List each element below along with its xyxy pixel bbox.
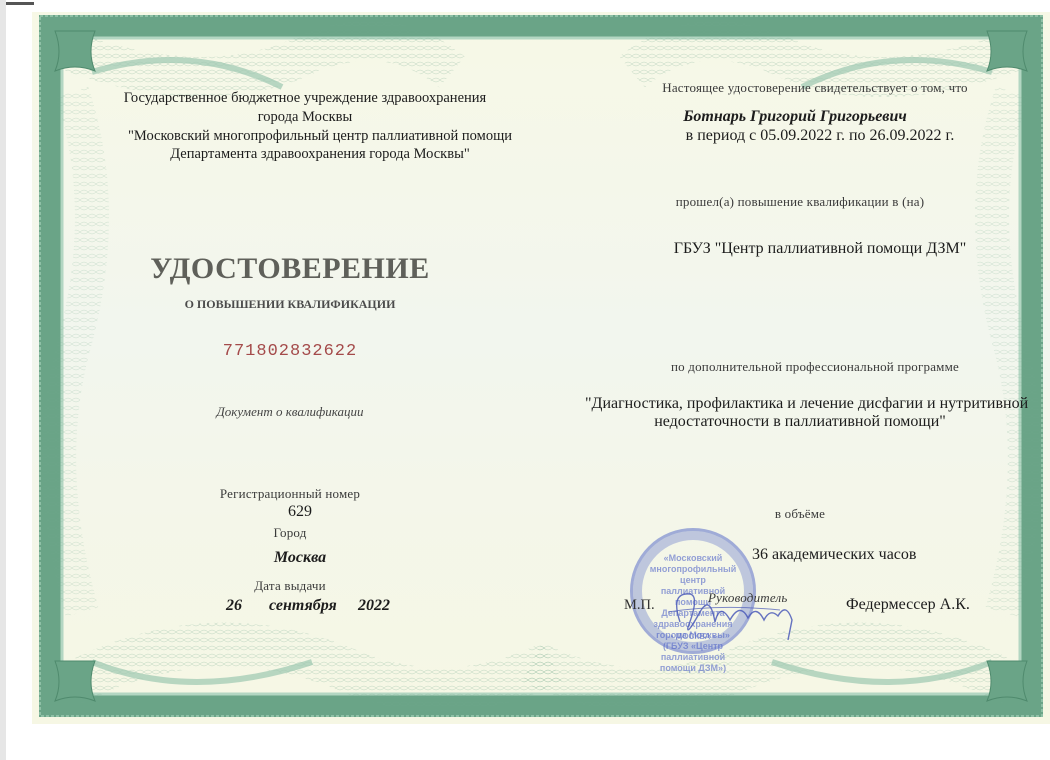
document-type: Документ о квалификации <box>160 404 420 420</box>
signature <box>660 582 810 642</box>
issuer-line-2: города Москвы <box>110 109 500 126</box>
issue-date-label: Дата выдачи <box>220 578 360 594</box>
document-title: УДОСТОВЕРЕНИЕ <box>130 252 450 286</box>
registration-number: 629 <box>240 503 360 521</box>
issue-date-month: сентября <box>269 597 337 615</box>
issue-date-day: 26 <box>226 597 242 615</box>
document-subtitle: О ПОВЫШЕНИИ КВАЛИФИКАЦИИ <box>150 297 430 312</box>
seal-label: М.П. <box>624 597 655 614</box>
passed-label: прошел(а) повышение квалификации в (на) <box>640 194 960 210</box>
certificate-intro: Настоящее удостоверение свидетельствует … <box>620 80 1010 96</box>
program-label: по дополнительной профессиональной прогр… <box>640 359 990 375</box>
program-title-line-1: "Диагностика, профилактика и лечение дис… <box>585 395 1015 413</box>
issuer-line-4: Департамента здравоохранения города Моск… <box>120 146 520 163</box>
city-label: Город <box>240 525 340 541</box>
city-value: Москва <box>240 549 360 567</box>
training-period: в период с 05.09.2022 г. по 26.09.2022 г… <box>660 127 980 145</box>
organization-name: ГБУЗ "Центр паллиативной помощи ДЗМ" <box>640 240 1000 258</box>
volume-label: в объёме <box>760 506 840 522</box>
issue-date-year: 2022 <box>358 597 390 615</box>
registration-label: Регистрационный номер <box>200 486 380 502</box>
volume-value: 36 академических часов <box>752 546 916 564</box>
serial-number: 771802832622 <box>180 342 400 361</box>
issuer-line-1: Государственное бюджетное учреждение здр… <box>110 90 500 107</box>
holder-name: Ботнарь Григорий Григорьевич <box>660 108 930 126</box>
scan-top-mark <box>6 2 34 5</box>
head-name: Федермессер А.К. <box>846 596 970 614</box>
issuer-line-3: "Московский многопрофильный центр паллиа… <box>120 128 520 145</box>
scan-left-margin <box>0 0 6 760</box>
program-title-line-2: недостаточности в паллиативной помощи" <box>640 413 960 431</box>
